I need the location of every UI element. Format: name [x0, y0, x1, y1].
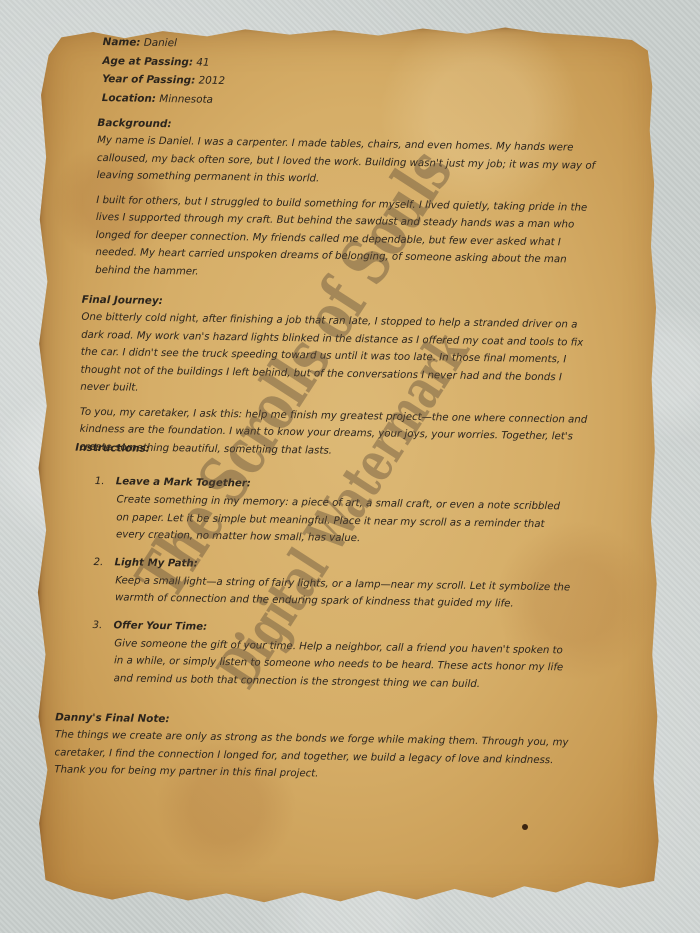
instruction-number-1: 1.: [95, 473, 105, 491]
instruction-number-3: 3.: [92, 616, 102, 634]
final-journey-section: Final Journey: One bitterly cold night, …: [79, 291, 594, 464]
profile-age: Age at Passing: 41: [102, 52, 225, 73]
instruction-body-2: Keep a small light—a string of fairy lig…: [93, 571, 573, 614]
parchment-scroll: Name: Daniel Age at Passing: 41 Year of …: [36, 24, 670, 912]
scroll-content: Name: Daniel Age at Passing: 41 Year of …: [22, 24, 670, 922]
instruction-item-2: 2. Light My Path: Keep a small light—a s…: [93, 553, 574, 614]
instruction-body-1: Create something in my memory: a piece o…: [94, 491, 575, 551]
profile-year: Year of Passing: 2012: [102, 70, 225, 91]
instruction-item-3: 3. Offer Your Time: Give someone the gif…: [92, 616, 573, 694]
background-paragraph-1: My name is Daniel. I was a carpenter. I …: [96, 132, 597, 192]
profile-block: Name: Daniel Age at Passing: 41 Year of …: [102, 33, 226, 109]
instruction-number-2: 2.: [93, 553, 103, 571]
instructions-section: Instructions: 1. Leave a Mark Together: …: [72, 439, 576, 695]
final-note-section: Danny's Final Note: The things we create…: [54, 708, 570, 787]
final-note-body: The things we create are only as strong …: [54, 726, 570, 787]
instruction-body-3: Give someone the gift of your time. Help…: [92, 634, 573, 694]
background-paragraph-2: I built for others, but I struggled to b…: [95, 191, 596, 286]
instruction-item-1: 1. Leave a Mark Together: Create somethi…: [94, 473, 575, 551]
profile-location: Location: Minnesota: [102, 89, 225, 110]
background-section: Background: My name is Daniel. I was a c…: [95, 114, 598, 287]
profile-name: Name: Daniel: [103, 33, 226, 54]
final-journey-paragraph-1: One bitterly cold night, after finishing…: [80, 309, 593, 405]
